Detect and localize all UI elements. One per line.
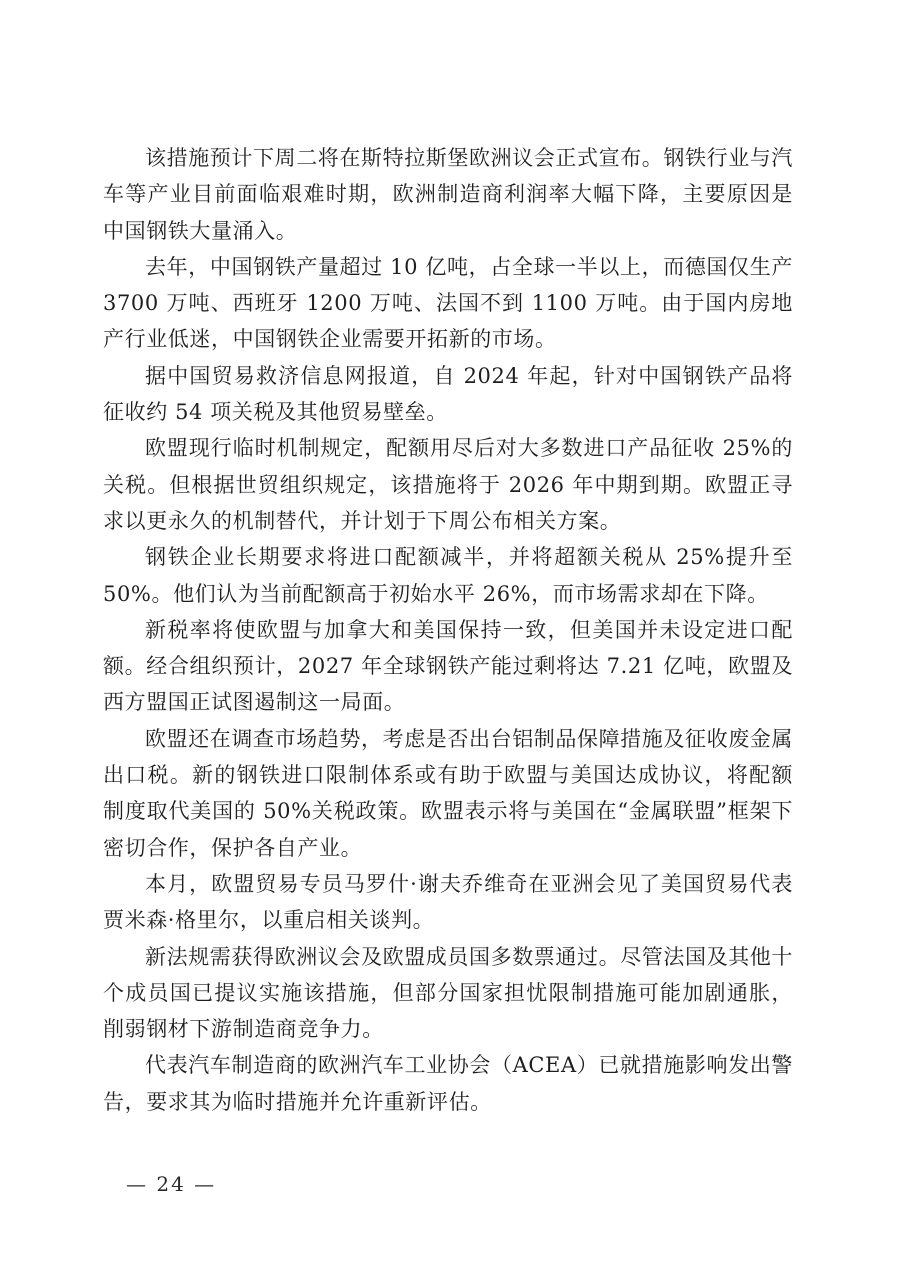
paragraph: 本月，欧盟贸易专员马罗什·谢夫乔维奇在亚洲会见了美国贸易代表贾米森·格里尔，以重… bbox=[103, 866, 793, 939]
paragraph: 新税率将使欧盟与加拿大和美国保持一致，但美国并未设定进口配额。经合组织预计，20… bbox=[103, 612, 793, 721]
paragraph: 该措施预计下周二将在斯特拉斯堡欧洲议会正式宣布。钢铁行业与汽车等产业目前面临艰难… bbox=[103, 140, 793, 249]
paragraph: 新法规需获得欧洲议会及欧盟成员国多数票通过。尽管法国及其他十个成员国已提议实施该… bbox=[103, 939, 793, 1048]
page-number: — 24 — bbox=[126, 1172, 216, 1196]
document-body: 该措施预计下周二将在斯特拉斯堡欧洲议会正式宣布。钢铁行业与汽车等产业目前面临艰难… bbox=[103, 140, 793, 1120]
paragraph: 代表汽车制造商的欧洲汽车工业协会（ACEA）已就措施影响发出警告，要求其为临时措… bbox=[103, 1047, 793, 1120]
paragraph: 欧盟还在调查市场趋势，考虑是否出台铝制品保障措施及征收废金属出口税。新的钢铁进口… bbox=[103, 721, 793, 866]
paragraph: 欧盟现行临时机制规定，配额用尽后对大多数进口产品征收 25%的关税。但根据世贸组… bbox=[103, 430, 793, 539]
paragraph: 据中国贸易救济信息网报道，自 2024 年起，针对中国钢铁产品将征收约 54 项… bbox=[103, 358, 793, 431]
paragraph: 钢铁企业长期要求将进口配额减半，并将超额关税从 25%提升至 50%。他们认为当… bbox=[103, 539, 793, 612]
page-footer: — 24 — bbox=[126, 1172, 216, 1196]
paragraph: 去年，中国钢铁产量超过 10 亿吨，占全球一半以上，而德国仅生产 3700 万吨… bbox=[103, 249, 793, 358]
document-page: 该措施预计下周二将在斯特拉斯堡欧洲议会正式宣布。钢铁行业与汽车等产业目前面临艰难… bbox=[0, 0, 900, 1272]
